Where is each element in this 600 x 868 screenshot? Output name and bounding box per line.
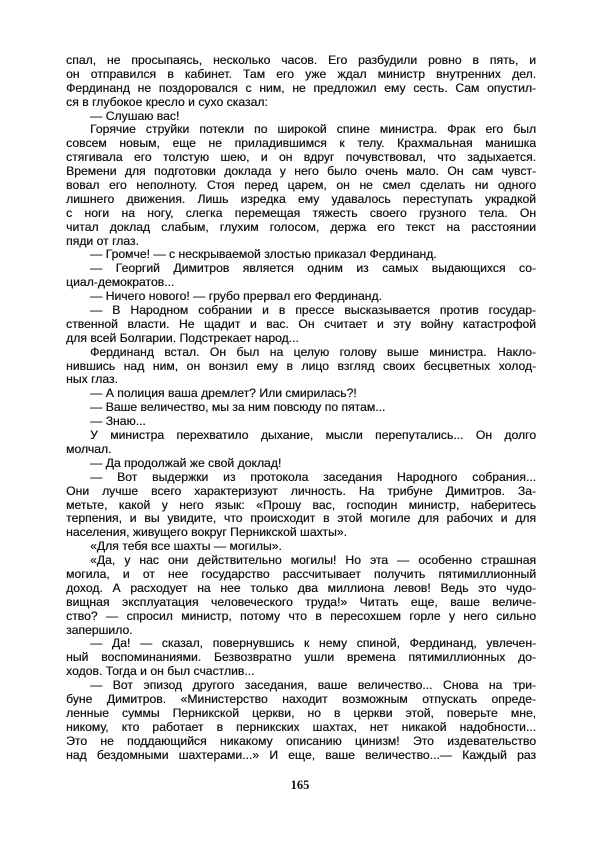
text-line: — Вот выдержки из протокола заседания На… [66, 471, 536, 485]
page-number: 165 [0, 778, 600, 792]
text-line: У министра перехватило дыхание, мысли пе… [66, 429, 536, 443]
text-line: — В Народном собрании и в прессе высказы… [66, 304, 536, 318]
paragraph: спал, не просыпаясь, несколько часов. Ег… [66, 54, 536, 110]
paragraph: — Ничего нового! — грубо прервал его Фер… [66, 290, 536, 304]
text-line: ных глаз. [66, 373, 536, 387]
text-line: терпения, и вы увидите, что происходит в… [66, 512, 536, 526]
text-line: спал, не просыпаясь, несколько часов. Ег… [66, 54, 536, 68]
text-line: вовал его неполноту. Стоя перед царем, о… [66, 179, 536, 193]
text-line: Времени для подготовки доклада у него бы… [66, 165, 536, 179]
text-line: он отправился в кабинет. Там его уже жда… [66, 68, 536, 82]
text-line: — Георгий Димитров является одним из сам… [66, 262, 536, 276]
text-line: доход. А расходует на нее только два мил… [66, 582, 536, 596]
paragraph: — Георгий Димитров является одним из сам… [66, 262, 536, 290]
text-line: молчал. [66, 443, 536, 457]
text-line: с ноги на ногу, слегка перемещая тяжесть… [66, 207, 536, 221]
book-page: спал, не просыпаясь, несколько часов. Ег… [0, 0, 600, 868]
text-line: Фердинанд не поздоровался с ним, не пред… [66, 82, 536, 96]
text-line: метьте, какой у него язык: «Прошу вас, г… [66, 499, 536, 513]
text-line: могила, и от нее государство рассчитывае… [66, 568, 536, 582]
text-line: Они лучше всего характеризуют личность. … [66, 485, 536, 499]
text-line: буне Димитров. «Министерство находит воз… [66, 693, 536, 707]
paragraph: — Ваше величество, мы за ним повсюду по … [66, 401, 536, 415]
paragraph: — Знаю... [66, 415, 536, 429]
text-line: — А полиция ваша дремлет? Или смирилась?… [66, 387, 536, 401]
paragraph: «Да, у нас они действительно могилы! Но … [66, 554, 536, 637]
paragraph: — Да продолжай же свой доклад! [66, 457, 536, 471]
text-line: пяди от глаз. [66, 235, 536, 249]
paragraph: Горячие струйки потекли по широкой спине… [66, 123, 536, 248]
text-line: — Громче! — с нескрываемой злостью прика… [66, 248, 536, 262]
body-text: спал, не просыпаясь, несколько часов. Ег… [66, 54, 536, 762]
text-line: — Да продолжай же свой доклад! [66, 457, 536, 471]
text-line: ся в глубокое кресло и сухо сказал: [66, 96, 536, 110]
paragraph: — Да! — сказал, повернувшись к нему спин… [66, 637, 536, 679]
paragraph: — В Народном собрании и в прессе высказы… [66, 304, 536, 346]
text-line: ленные суммы Перникской церкви, но в цер… [66, 707, 536, 721]
paragraph: У министра перехватило дыхание, мысли пе… [66, 429, 536, 457]
text-line: — Ваше величество, мы за ним повсюду по … [66, 401, 536, 415]
text-line: нившись над ним, он вонзил ему в лицо вз… [66, 360, 536, 374]
text-line: для всей Болгарии. Подстрекает народ... [66, 332, 536, 346]
text-line: ный воспоминаниями. Безвозвратно ушли вр… [66, 651, 536, 665]
paragraph: — Вот эпизод другого заседания, ваше вел… [66, 679, 536, 762]
text-line: Горячие струйки потекли по широкой спине… [66, 123, 536, 137]
text-line: читал доклад слабым, глухим голосом, дер… [66, 221, 536, 235]
text-line: — Да! — сказал, повернувшись к нему спин… [66, 637, 536, 651]
text-line: лишнего движения. Лишь изредка ему удава… [66, 193, 536, 207]
paragraph: — Вот выдержки из протокола заседания На… [66, 471, 536, 540]
text-line: — Слушаю вас! [66, 110, 536, 124]
paragraph: «Для тебя все шахты — могилы». [66, 540, 536, 554]
paragraph: Фердинанд встал. Он был на целую голову … [66, 346, 536, 388]
paragraph: — Громче! — с нескрываемой злостью прика… [66, 248, 536, 262]
text-line: над бездомными шахтерами...» И еще, ваше… [66, 749, 536, 763]
text-line: ходов. Тогда и он был счастлив... [66, 665, 536, 679]
paragraph: — Слушаю вас! [66, 110, 536, 124]
text-line: «Да, у нас они действительно могилы! Но … [66, 554, 536, 568]
paragraph: — А полиция ваша дремлет? Или смирилась?… [66, 387, 536, 401]
text-line: никому, кто работает в перникских шахтах… [66, 721, 536, 735]
text-line: стягивала его толстую шею, и он вдруг по… [66, 151, 536, 165]
text-line: ство? — спросил министр, потому что в пе… [66, 610, 536, 624]
text-line: ственной власти. Не щадит и вас. Он счит… [66, 318, 536, 332]
text-line: — Знаю... [66, 415, 536, 429]
text-line: «Для тебя все шахты — могилы». [66, 540, 536, 554]
text-line: Фердинанд встал. Он был на целую голову … [66, 346, 536, 360]
text-line: Это не поддающийся никакому описанию цин… [66, 735, 536, 749]
text-line: запершило. [66, 624, 536, 638]
text-line: совсем новым, еще не приладившимся к тел… [66, 137, 536, 151]
text-line: населения, живущего вокруг Перникской ша… [66, 526, 536, 540]
text-line: — Вот эпизод другого заседания, ваше вел… [66, 679, 536, 693]
text-line: вищная эксплуатация человеческого труда!… [66, 596, 536, 610]
text-line: — Ничего нового! — грубо прервал его Фер… [66, 290, 536, 304]
text-line: циал-демократов... [66, 276, 536, 290]
